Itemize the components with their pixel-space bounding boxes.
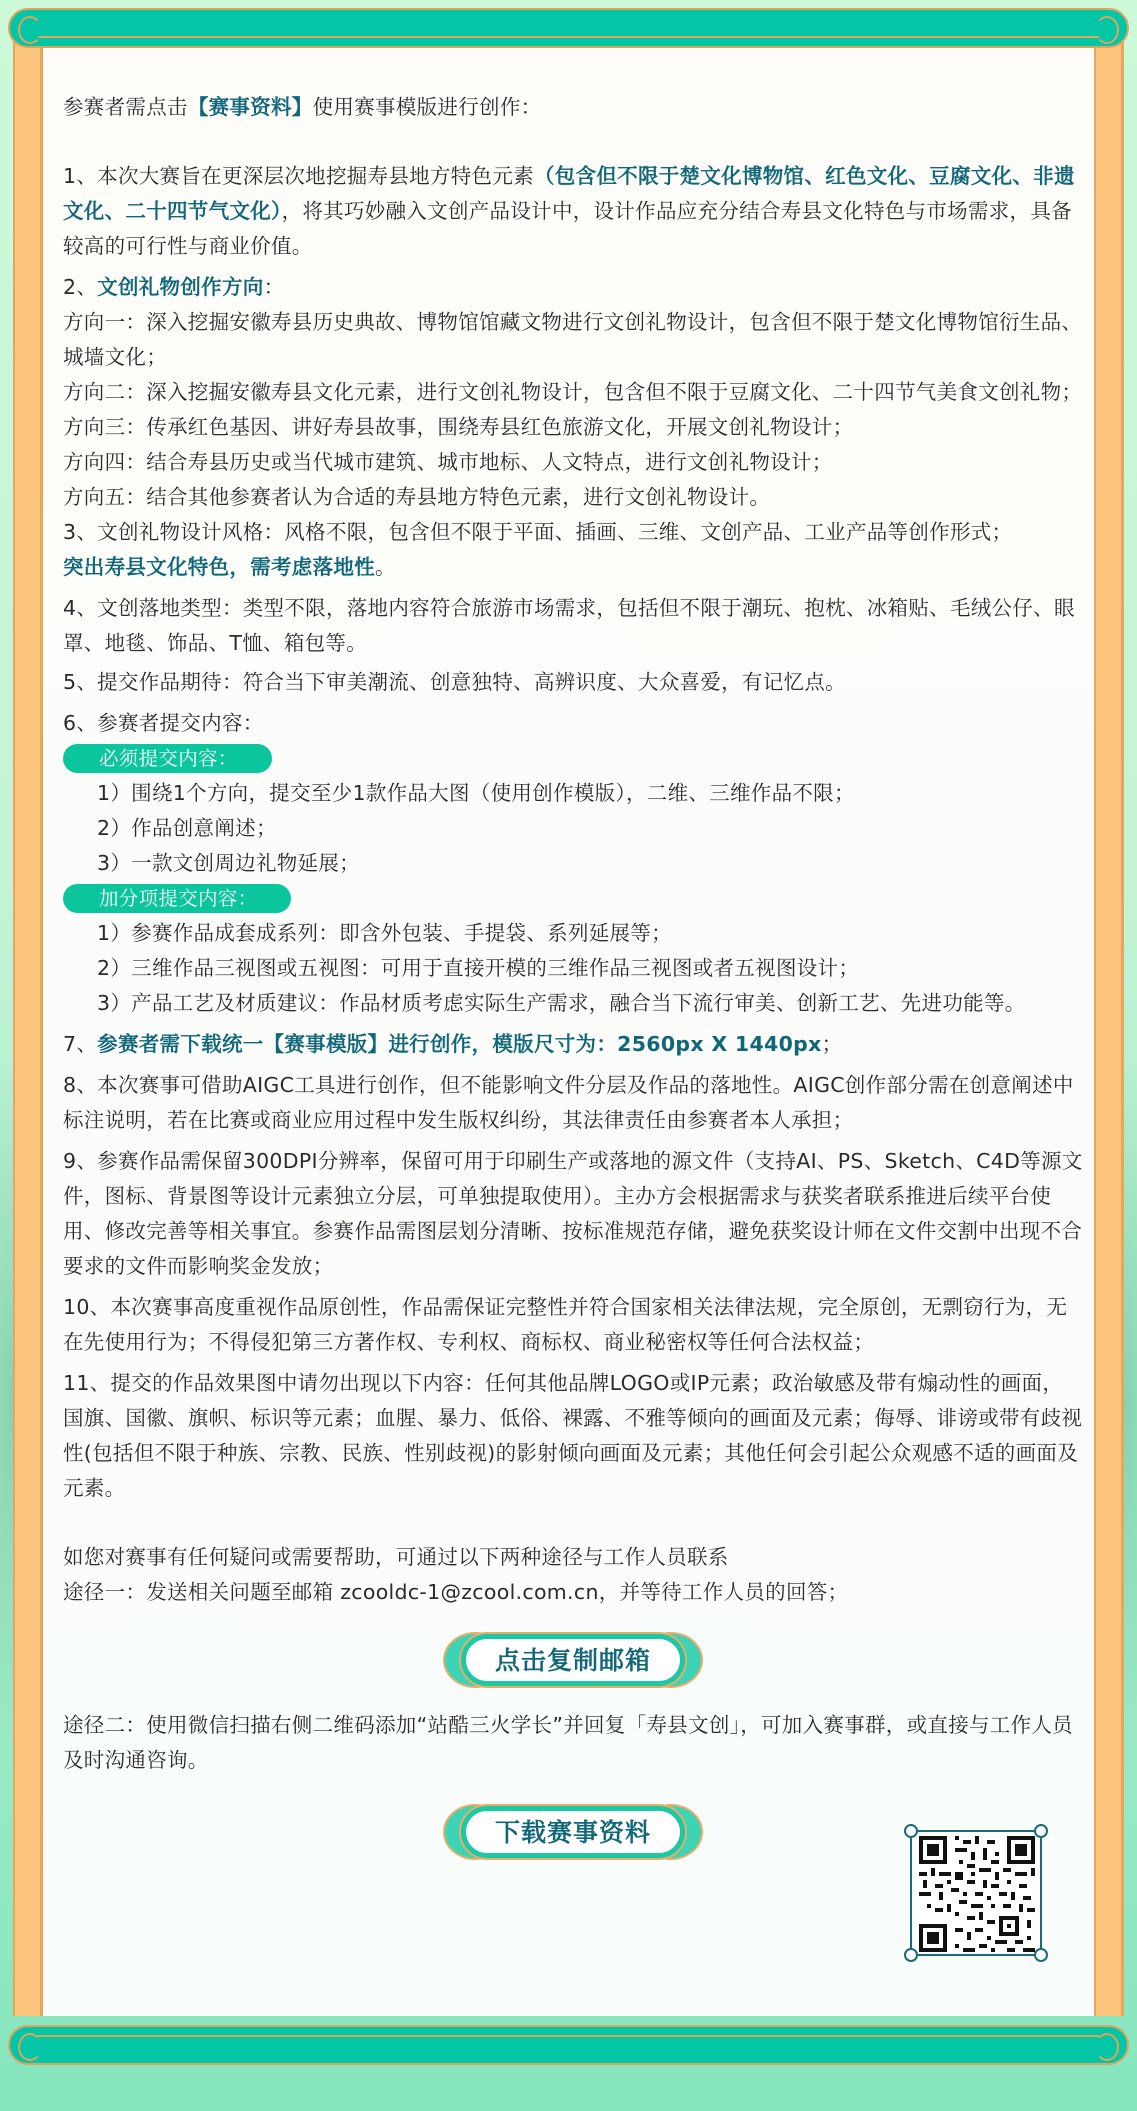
- required-item-2: 2）作品创意阐述；: [63, 811, 1083, 846]
- required-submission-section: 必须提交内容： 1）围绕1个方向，提交至少1款作品大图（使用创作模版），二维、三…: [63, 741, 1083, 881]
- required-item-3: 3）一款文创周边礼物延展；: [63, 846, 1083, 881]
- rule-item-8: 8、本次赛事可借助AIGC工具进行创作，但不能影响文件分层及作品的落地性。AIG…: [63, 1068, 1083, 1138]
- rule-item-10: 10、本次赛事高度重视作品原创性，作品需保证完整性并符合国家相关法律法规，完全原…: [63, 1290, 1083, 1360]
- contact-intro: 如您对赛事有任何疑问或需要帮助，可通过以下两种途径与工作人员联系: [63, 1540, 1083, 1575]
- download-materials-button-label: 下载赛事资料: [495, 1815, 651, 1850]
- rules-content: 参赛者需点击【赛事资料】使用赛事模版进行创作： 1、本次大赛旨在更深层次地挖掘寿…: [63, 90, 1083, 1880]
- qr-code-icon: [918, 1836, 1036, 1952]
- contact-way-2: 途径二：使用微信扫描右侧二维码添加“站酷三火学长”并回复「寿县文创」，可加入赛事…: [63, 1708, 1083, 1778]
- rule-item-5: 5、提交作品期待：符合当下审美潮流、创意独特、高辨识度、大众喜爱，有记忆点。: [63, 665, 1083, 700]
- bonus-item-1: 1）参赛作品成套成系列：即含外包装、手提袋、系列延展等；: [63, 916, 1083, 951]
- scroll-rod-bottom: [8, 2025, 1129, 2065]
- direction-3: 方向三：传承红色基因、讲好寿县故事，围绕寿县红色旅游文化，开展文创礼物设计；: [63, 410, 1083, 445]
- contact-way-1: 途径一：发送相关问题至邮箱 zcooldc-1@zcool.com.cn，并等待…: [63, 1575, 1083, 1610]
- bonus-item-3: 3）产品工艺及材质建议：作品材质考虑实际生产需求，融合当下流行审美、创新工艺、先…: [63, 986, 1083, 1021]
- rule-item-7: 7、参赛者需下载统一【赛事模版】进行创作，模版尺寸为：2560px X 1440…: [63, 1027, 1083, 1062]
- rule-item-2: 2、文创礼物创作方向：: [63, 270, 1083, 305]
- direction-4: 方向四：结合寿县历史或当代城市建筑、城市地标、人文特点，进行文创礼物设计；: [63, 445, 1083, 480]
- copy-email-button-label: 点击复制邮箱: [495, 1643, 651, 1678]
- competition-materials-link[interactable]: 【赛事资料】: [188, 95, 313, 119]
- direction-1: 方向一：深入挖掘安徽寿县历史典故、博物馆馆藏文物进行文创礼物设计，包含但不限于楚…: [63, 305, 1083, 375]
- rule-item-6-title: 6、参赛者提交内容：: [63, 706, 1083, 741]
- scroll-rod-top: [8, 8, 1129, 48]
- bonus-item-2: 2）三维作品三视图或五视图：可用于直接开模的三维作品三视图或者五视图设计；: [63, 951, 1083, 986]
- rule-item-1: 1、本次大赛旨在更深层次地挖掘寿县地方特色元素（包含但不限于楚文化博物馆、红色文…: [63, 159, 1083, 264]
- download-materials-button[interactable]: 下载赛事资料: [443, 1800, 703, 1864]
- bonus-label-pill: 加分项提交内容：: [63, 884, 291, 913]
- direction-5: 方向五：结合其他参赛者认为合适的寿县地方特色元素，进行文创礼物设计。: [63, 480, 1083, 515]
- rule-item-4: 4、文创落地类型：类型不限，落地内容符合旅游市场需求，包括但不限于潮玩、抱枕、冰…: [63, 591, 1083, 661]
- section-title: 文创礼物创作方向: [97, 275, 263, 299]
- direction-2: 方向二：深入挖掘安徽寿县文化元素，进行文创礼物设计，包含但不限于豆腐文化、二十四…: [63, 375, 1083, 410]
- copy-email-button[interactable]: 点击复制邮箱: [443, 1628, 703, 1692]
- required-label-pill: 必须提交内容：: [63, 744, 272, 773]
- scroll-pole-right: [1094, 30, 1124, 2016]
- bonus-submission-section: 加分项提交内容： 1）参赛作品成套成系列：即含外包装、手提袋、系列延展等； 2）…: [63, 881, 1083, 1021]
- rule-item-3: 3、文创礼物设计风格：风格不限，包含但不限于平面、插画、三维、文创产品、工业产品…: [63, 515, 1083, 585]
- rule-item-9: 9、参赛作品需保留300DPI分辨率，保留可用于印刷生产或落地的源文件（支持AI…: [63, 1144, 1083, 1284]
- scroll-pole-left: [13, 30, 43, 2016]
- required-item-1: 1）围绕1个方向，提交至少1款作品大图（使用创作模版），二维、三维作品不限；: [63, 776, 1083, 811]
- rule-item-11: 11、提交的作品效果图中请勿出现以下内容：任何其他品牌LOGO或IP元素；政治敏…: [63, 1366, 1083, 1506]
- wechat-qr-code: [910, 1830, 1042, 1956]
- intro-line: 参赛者需点击【赛事资料】使用赛事模版进行创作：: [63, 90, 1083, 125]
